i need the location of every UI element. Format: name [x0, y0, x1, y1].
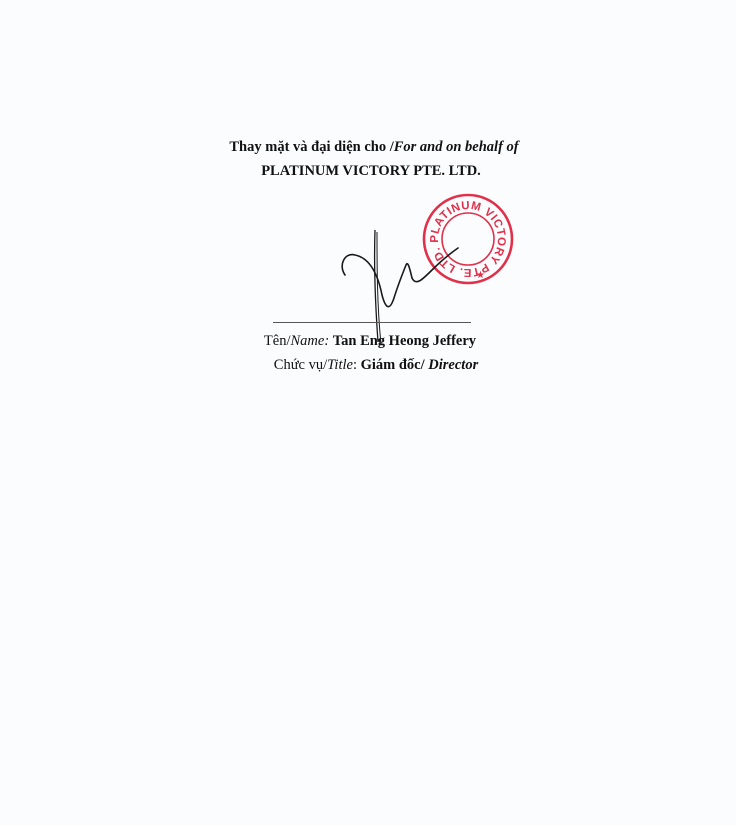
name-label-en: Name: [291, 333, 330, 349]
signatory-name-row: Tên/Name: Tan Eng Heong Jeffery [2, 332, 736, 350]
signatory-name: Tan Eng Heong Jeffery [333, 333, 476, 349]
handwritten-signature-icon [330, 220, 460, 345]
seal-star-icon: ★ [476, 270, 485, 281]
title-label-vi: Chức vụ/ [274, 357, 327, 373]
name-label-vi: Tên/ [264, 333, 291, 349]
signature-line [273, 322, 471, 323]
on-behalf-vi: Thay mặt và đại diện cho / [229, 139, 393, 155]
document-page: Thay mặt và đại diện cho /For and on beh… [0, 0, 736, 825]
title-value-vi: Giám đốc/ [361, 357, 429, 373]
title-label-en: Title [327, 357, 353, 373]
title-separator: : [353, 357, 361, 373]
signatory-title-row: Chức vụ/Title: Giám đốc/ Director [8, 356, 736, 374]
on-behalf-en: For and on behalf of [394, 139, 519, 155]
company-name: PLATINUM VICTORY PTE. LTD. [3, 162, 736, 180]
title-value-en: Director [428, 357, 478, 373]
on-behalf-heading: Thay mặt và đại diện cho /For and on beh… [6, 138, 736, 156]
